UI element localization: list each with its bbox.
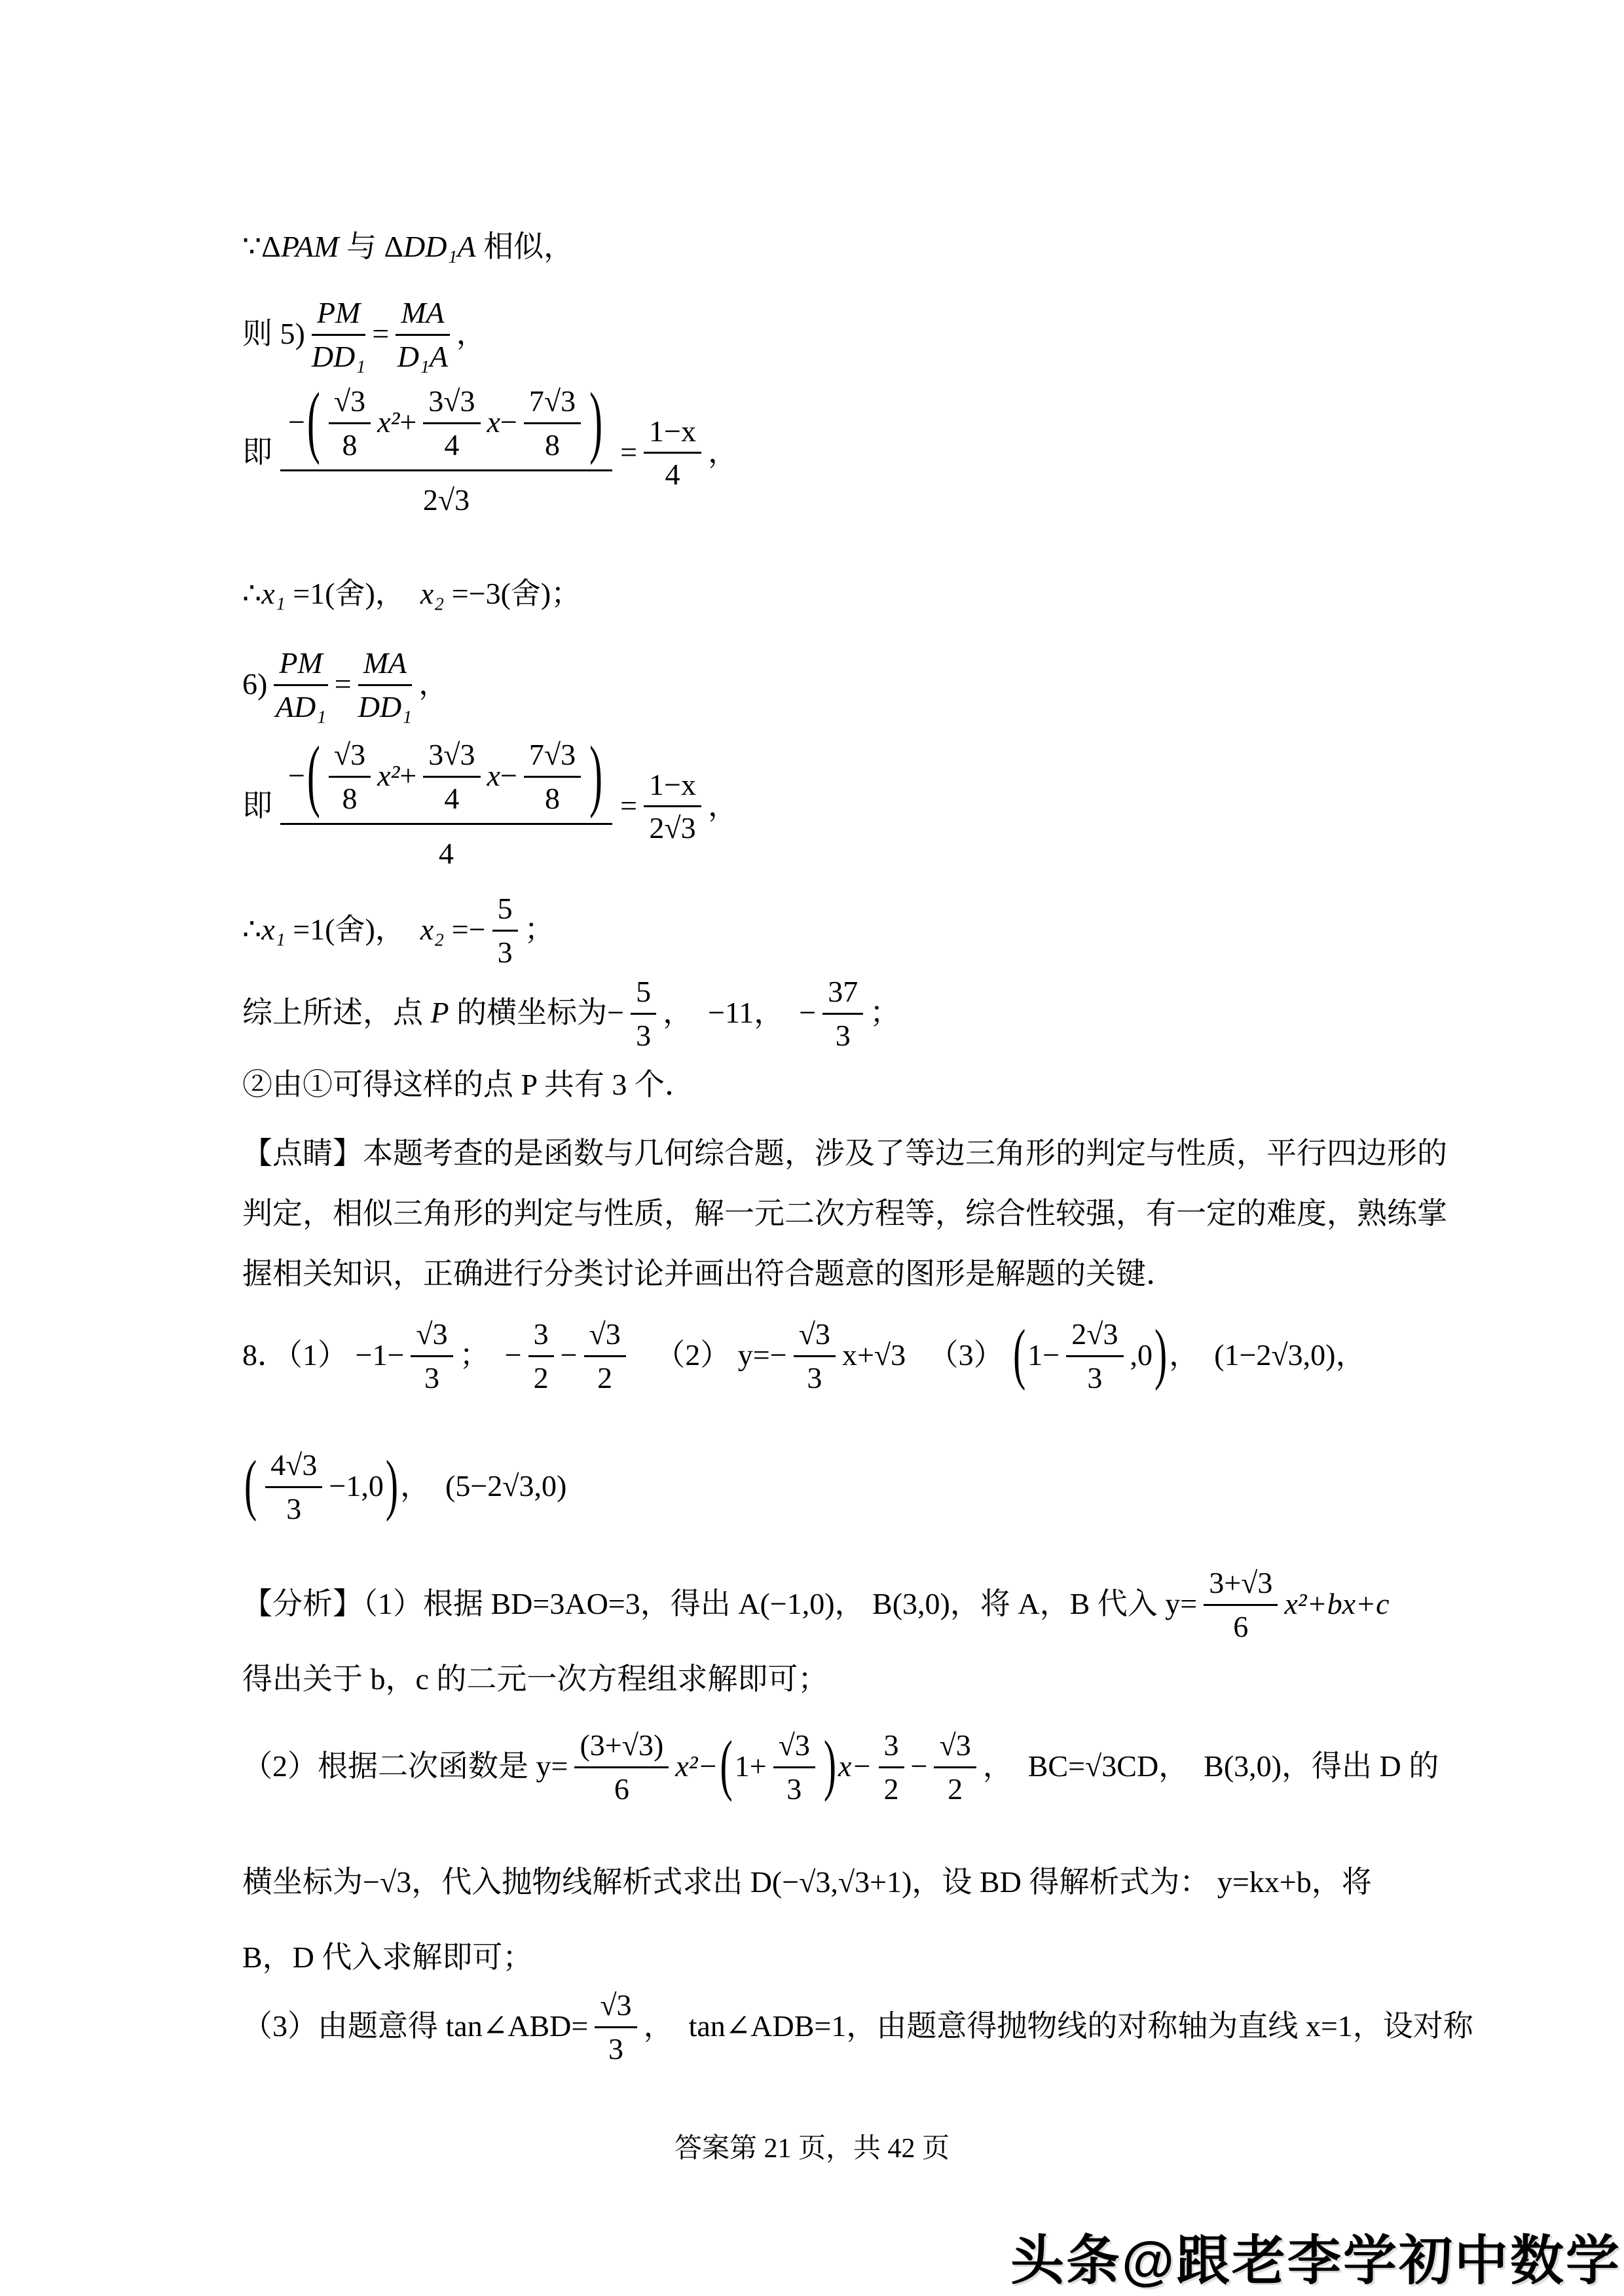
fraction-denominator: 2 — [948, 1768, 963, 1806]
text-segment: 则 5) — [242, 313, 305, 355]
fraction: √3 8 — [329, 737, 371, 815]
minus-sign: − — [500, 401, 517, 443]
big-fraction-denominator: 2√3 — [423, 471, 470, 521]
math-term: DD₁A — [403, 230, 476, 263]
fraction-denominator: 2 — [884, 1768, 899, 1806]
left-paren: ( — [305, 366, 322, 479]
fraction-numerator: 4√3 — [265, 1447, 322, 1488]
text-segment: ， — [708, 431, 738, 473]
analysis-line-4: 横坐标为−√3，代入抛物线解析式求出 D(−√3,√3+1)，设 BD 得解析式… — [242, 1861, 1372, 1903]
fraction: 1−x 2√3 — [644, 767, 701, 845]
fraction: 37 3 — [822, 974, 863, 1052]
fraction-numerator: 2√3 — [1066, 1316, 1123, 1357]
text-segment: ， −11， − — [663, 992, 816, 1034]
fraction: 3√3 4 — [423, 383, 480, 462]
text-segment: 6) — [242, 663, 267, 705]
big-fraction: − ( √3 8 x² + 3√3 4 x − 7√3 8 ) — [280, 737, 612, 875]
math-term: PAM — [281, 230, 339, 263]
text-segment: ， — [456, 313, 487, 355]
math-term: x² — [377, 755, 399, 797]
right-paren: ) — [587, 720, 604, 832]
fraction-denominator: 3 — [636, 1015, 651, 1053]
text-segment: 即 — [242, 431, 272, 473]
math-term: x²+bx+c — [1284, 1583, 1389, 1625]
proof-count-line: ②由①可得这样的点 P 共有 3 个． — [242, 1064, 695, 1106]
big-fraction-numerator: − ( √3 8 x² + 3√3 4 x − 7√3 8 ) — [280, 383, 612, 471]
text-segment: ,0 — [1130, 1334, 1153, 1376]
equation-b: 即 − ( √3 8 x² + 3√3 4 x − 7√3 8 — [242, 737, 738, 875]
proof-ratio-case5: 则 5) PM DD₁ = MA D₁A ， — [242, 295, 487, 373]
fraction: √3 8 — [329, 383, 371, 462]
math-term: x₁ — [261, 909, 285, 951]
fraction-numerator: 1−x — [644, 413, 701, 454]
analysis-line-2: 得出关于 b，c 的二元一次方程组求解即可； — [242, 1658, 828, 1700]
text-segment: −1,0 — [329, 1465, 383, 1507]
right-paren: ) — [1153, 1308, 1169, 1403]
text-segment: =1(舍)， — [286, 577, 420, 610]
text-segment: ∵Δ — [242, 230, 281, 263]
math-term: x₁ — [261, 577, 285, 610]
minus-sign: − — [500, 755, 517, 797]
fraction-numerator: √3 — [411, 1316, 452, 1357]
fraction-numerator: PM — [274, 645, 327, 686]
fraction: MA DD₁ — [358, 645, 412, 723]
math-term: P — [431, 992, 449, 1034]
minus-sign: − — [288, 755, 305, 797]
minus-sign: − — [911, 1745, 928, 1787]
fraction-numerator: √3 — [329, 737, 371, 778]
fraction-numerator: MA — [358, 645, 412, 686]
equation-a: 即 − ( √3 8 x² + 3√3 4 x − 7√3 8 — [242, 383, 738, 521]
equals-sign: = — [335, 663, 352, 705]
text-segment: ∴ — [242, 909, 261, 951]
fraction-denominator: AD₁ — [276, 686, 326, 724]
question8-answer-line-2: ( 4√3 3 −1,0 ) ， (5−2√3,0) — [242, 1447, 566, 1525]
big-fraction-denominator: 4 — [439, 825, 454, 875]
fraction-numerator: 7√3 — [524, 737, 581, 778]
text-segment: 与 Δ — [339, 230, 403, 263]
fraction-denominator: 8 — [545, 424, 560, 462]
text-segment: ， (1−2√3,0)， — [1169, 1334, 1365, 1376]
fraction-numerator: √3 — [773, 1727, 815, 1768]
fraction: 3+√3 6 — [1204, 1565, 1278, 1643]
fraction-denominator: 3 — [424, 1357, 439, 1395]
fraction: 5 3 — [631, 974, 656, 1052]
right-paren: ) — [384, 1439, 400, 1534]
fraction-denominator: 4 — [444, 778, 459, 816]
text-segment: 即 — [242, 785, 272, 827]
fraction-denominator: 6 — [1233, 1606, 1248, 1644]
left-paren: ( — [718, 1719, 735, 1814]
analysis-line-1: 【分析】（1）根据 BD=3AO=3，得出 A(−1,0)， B(3,0)，将 … — [242, 1565, 1390, 1643]
math-term: x₂ — [420, 909, 444, 951]
big-fraction: − ( √3 8 x² + 3√3 4 x − 7√3 8 ) — [280, 383, 612, 521]
text-segment: 【分析】（1）根据 BD=3AO=3，得出 A(−1,0)， B(3,0)，将 … — [242, 1583, 1197, 1625]
fraction-numerator: 3√3 — [423, 737, 480, 778]
fraction-denominator: 3 — [498, 932, 513, 970]
math-term: x — [487, 755, 500, 797]
text-segment: ； — [525, 909, 555, 951]
fraction-denominator: 3 — [786, 1768, 802, 1806]
fraction: 1−x 4 — [644, 413, 701, 492]
fraction-numerator: 7√3 — [524, 383, 581, 424]
fraction-numerator: 3 — [879, 1727, 904, 1768]
fraction: PM AD₁ — [274, 645, 327, 723]
fraction: PM DD₁ — [312, 295, 365, 373]
fraction-numerator: 1−x — [644, 767, 701, 808]
fraction: (3+√3) 6 — [574, 1727, 669, 1806]
fraction-numerator: PM — [312, 295, 365, 336]
text-segment: ， — [708, 785, 738, 827]
math-term: x² — [377, 401, 399, 443]
fraction: 3√3 4 — [423, 737, 480, 815]
fraction-denominator: 3 — [807, 1357, 822, 1395]
fraction-denominator: 8 — [342, 778, 358, 816]
math-term: x₂ — [420, 577, 444, 610]
text-segment: ， BC=√3CD， B(3,0)，得出 D 的 — [983, 1745, 1439, 1787]
fraction: √3 3 — [794, 1316, 836, 1394]
proof-similarity-line: ∵ΔPAM 与 ΔDD₁A 相似， — [242, 226, 574, 268]
fraction-denominator: 6 — [614, 1768, 629, 1806]
fraction-denominator: 8 — [342, 424, 358, 462]
fraction: √3 3 — [595, 1987, 637, 2066]
fraction: 4√3 3 — [265, 1447, 322, 1525]
plus-sign: + — [399, 755, 416, 797]
text-segment: =−3(舍)； — [444, 577, 581, 610]
fraction-numerator: 37 — [822, 974, 863, 1015]
text-segment: =− — [444, 909, 485, 951]
fraction: MA D₁A — [396, 295, 449, 373]
text-segment: 8．（1） −1− — [242, 1334, 404, 1376]
fraction-denominator: 4 — [444, 424, 459, 462]
fraction: 2√3 3 — [1066, 1316, 1123, 1394]
document-page: ∵ΔPAM 与 ΔDD₁A 相似， 则 5) PM DD₁ = MA D₁A ，… — [0, 0, 1624, 2296]
text-segment: x+√3 （3） — [842, 1334, 1011, 1376]
text-segment: （2）根据二次函数是 y= — [242, 1745, 568, 1787]
fraction-denominator: 2 — [597, 1357, 612, 1395]
proof-solution-line-2: ∴x₁ =1(舍)， x₂ =− 5 3 ； — [242, 890, 555, 969]
fraction-numerator: √3 — [329, 383, 371, 424]
plus-sign: + — [399, 401, 416, 443]
fraction: √3 2 — [934, 1727, 976, 1806]
fraction: √3 2 — [584, 1316, 626, 1394]
proof-solution-line-1: ∴x₁ =1(舍)， x₂ =−3(舍)； — [242, 573, 581, 615]
fraction: √3 3 — [773, 1727, 815, 1806]
text-segment: ； — [870, 992, 900, 1034]
fraction-denominator: 3 — [608, 2028, 623, 2066]
text-segment: 的横坐标为− — [449, 992, 624, 1034]
minus-sign: − — [561, 1334, 578, 1376]
fraction: 3 2 — [879, 1727, 904, 1806]
analysis-line-3: （2）根据二次函数是 y= (3+√3) 6 x²− ( 1+ √3 3 ) x… — [242, 1727, 1439, 1806]
fraction-denominator: DD₁ — [358, 686, 412, 724]
text-segment: ， (5−2√3,0) — [400, 1465, 566, 1507]
left-paren: ( — [242, 1439, 259, 1534]
right-paren: ) — [822, 1719, 838, 1814]
text-segment: 相似， — [476, 230, 574, 263]
text-segment: 1+ — [735, 1745, 767, 1787]
fraction-numerator: 3√3 — [423, 383, 480, 424]
fraction-denominator: 3 — [286, 1488, 301, 1526]
note-line-2: 判定，相似三角形的判定与性质，解一元二次方程等，综合性较强，有一定的难度，熟练掌 — [242, 1193, 1447, 1235]
question8-answer-line-1: 8．（1） −1− √3 3 ； − 3 2 − √3 2 （2） y=− √3… — [242, 1316, 1365, 1394]
fraction-denominator: 4 — [665, 454, 680, 492]
note-line-3: 握相关知识，正确进行分类讨论并画出符合题意的图形是解题的关键． — [242, 1253, 1176, 1295]
math-term: x²− — [675, 1745, 718, 1787]
text-segment: （2） y=− — [633, 1334, 787, 1376]
proof-ratio-case6: 6) PM AD₁ = MA DD₁ ， — [242, 645, 449, 723]
fraction-denominator: 8 — [545, 778, 560, 816]
proof-summary-line: 综上所述，点 P 的横坐标为− 5 3 ， −11， − 37 3 ； — [242, 974, 900, 1052]
text-segment: 综上所述，点 — [242, 992, 431, 1034]
equals-sign: = — [372, 313, 389, 355]
fraction-numerator: 5 — [631, 974, 656, 1015]
fraction-numerator: 3 — [528, 1316, 554, 1357]
fraction-denominator: 2 — [534, 1357, 549, 1395]
fraction-denominator: 2√3 — [649, 807, 695, 845]
math-term: x — [487, 401, 500, 443]
left-paren: ( — [305, 720, 322, 832]
equals-sign: = — [620, 431, 637, 473]
fraction-numerator: 3+√3 — [1204, 1565, 1278, 1606]
analysis-line-6: （3）由题意得 tan∠ABD= √3 3 ， tan∠ADB=1，由题意得抛物… — [242, 1987, 1473, 2066]
text-segment: ； − — [460, 1334, 522, 1376]
footer-page-number: 答案第 21 页，共 42 页 — [0, 2126, 1624, 2166]
watermark: 头条@跟老李学初中数学 — [1010, 2218, 1621, 2295]
fraction-numerator: √3 — [584, 1316, 626, 1357]
analysis-line-5: B，D 代入求解即可； — [242, 1937, 532, 1978]
fraction-numerator: √3 — [794, 1316, 836, 1357]
minus-sign: − — [288, 401, 305, 443]
text-segment: （3）由题意得 tan∠ABD= — [242, 2005, 588, 2047]
text-segment: 1− — [1027, 1334, 1060, 1376]
fraction: 5 3 — [492, 890, 518, 969]
text-segment: =1(舍)， — [286, 909, 420, 951]
text-segment: ， tan∠ADB=1，由题意得抛物线的对称轴为直线 x=1，设对称 — [644, 2005, 1473, 2047]
fraction-denominator: D₁A — [397, 336, 448, 374]
fraction: 7√3 8 — [524, 737, 581, 815]
text-segment: ∴ — [242, 577, 261, 610]
fraction: 7√3 8 — [524, 383, 581, 462]
left-paren: ( — [1011, 1308, 1027, 1403]
fraction-denominator: 3 — [836, 1015, 851, 1053]
fraction-denominator: 3 — [1087, 1357, 1102, 1395]
fraction-numerator: √3 — [595, 1987, 637, 2028]
note-line-1: 【点睛】本题考查的是函数与几何综合题，涉及了等边三角形的判定与性质，平行四边形的 — [242, 1133, 1447, 1175]
big-fraction-numerator: − ( √3 8 x² + 3√3 4 x − 7√3 8 ) — [280, 737, 612, 825]
math-term: x− — [838, 1745, 872, 1787]
equals-sign: = — [620, 785, 637, 827]
fraction: √3 3 — [411, 1316, 452, 1394]
fraction-numerator: (3+√3) — [574, 1727, 669, 1768]
fraction-numerator: √3 — [934, 1727, 976, 1768]
fraction-numerator: 5 — [492, 890, 518, 932]
fraction: 3 2 — [528, 1316, 554, 1394]
fraction-numerator: MA — [396, 295, 449, 336]
text-segment: ， — [418, 663, 449, 705]
right-paren: ) — [587, 366, 604, 479]
